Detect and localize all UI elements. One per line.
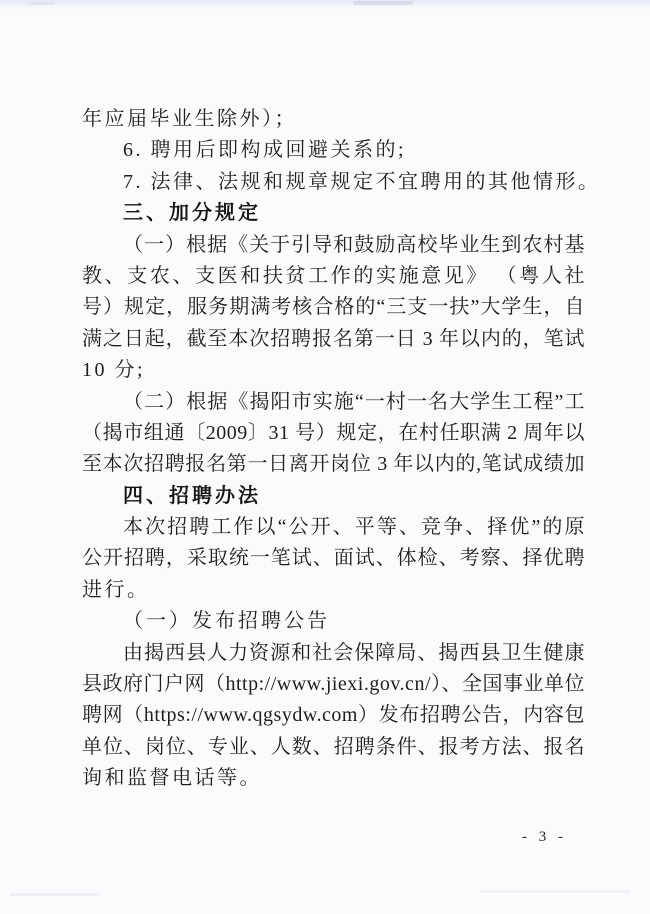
scan-smudge xyxy=(10,893,100,896)
subsection-heading-announcement: （一）发布招聘公告 xyxy=(82,606,585,637)
text-line-item-7: 7. 法律、法规和规章规定不宜聘用的其他情形。 xyxy=(82,167,585,198)
text-line-url-jiexi: 县政府门户网（http://www.jiexi.gov.cn/）、全国事业单位招 xyxy=(82,669,585,700)
text-line: 进行。 xyxy=(82,575,585,606)
scan-smudge xyxy=(353,1,413,5)
text-line: 教、支农、支医和扶贫工作的实施意见》 （粤人社〔2007〕141 xyxy=(82,261,585,292)
text-line: 询和监督电话等。 xyxy=(82,763,585,794)
text-line: 由揭西县人力资源和社会保障局、揭西县卫生健康局联合在 xyxy=(82,638,585,669)
text-line-url-qgsydw: 聘网（https://www.qgsydw.com）发布招聘公告，内容包括招聘 xyxy=(82,700,585,731)
text-line: 公开招聘，采取统一笔试、面试、体检、考察、择优聘用的办法 xyxy=(82,543,585,574)
page-number: - 3 - xyxy=(522,829,567,846)
text-line: （一）根据《关于引导和鼓励高校毕业生到农村基层从事支 xyxy=(82,230,585,261)
scan-smudge xyxy=(28,2,54,5)
text-line: 至本次招聘报名第一日离开岗位 3 年以内的,笔试成绩加 10 分。 xyxy=(82,449,585,480)
text-line: （二）根据《揭阳市实施“一村一名大学生工程”工作意见》 xyxy=(82,387,585,418)
scan-artifact-top xyxy=(0,0,650,9)
text-line: 年应届毕业生除外）； xyxy=(82,104,585,135)
scan-smudge xyxy=(480,890,630,893)
text-line: 号）规定，服务期满考核合格的“三支一扶”大学生，自服务期 xyxy=(82,292,585,323)
text-line: 本次招聘工作以“公开、平等、竞争、择优”的原则，实行 xyxy=(82,512,585,543)
document-body: 年应届毕业生除外）； 6. 聘用后即构成回避关系的; 7. 法律、法规和规章规定… xyxy=(82,104,585,795)
section-heading-bonus-rules: 三、加分规定 xyxy=(82,198,585,229)
text-line: （揭市组通〔2009〕31 号）规定，在村任职满 2 周年以上，截 xyxy=(82,418,585,449)
text-line: 单位、岗位、专业、人数、招聘条件、报考方法、报名时间、咨 xyxy=(82,732,585,763)
text-line-item-6: 6. 聘用后即构成回避关系的; xyxy=(82,135,585,166)
section-heading-recruit-method: 四、招聘办法 xyxy=(82,481,585,512)
text-line: 满之日起，截至本次招聘报名第一日 3 年以内的，笔试成绩加 xyxy=(82,324,585,355)
text-line: 10 分; xyxy=(82,355,585,386)
